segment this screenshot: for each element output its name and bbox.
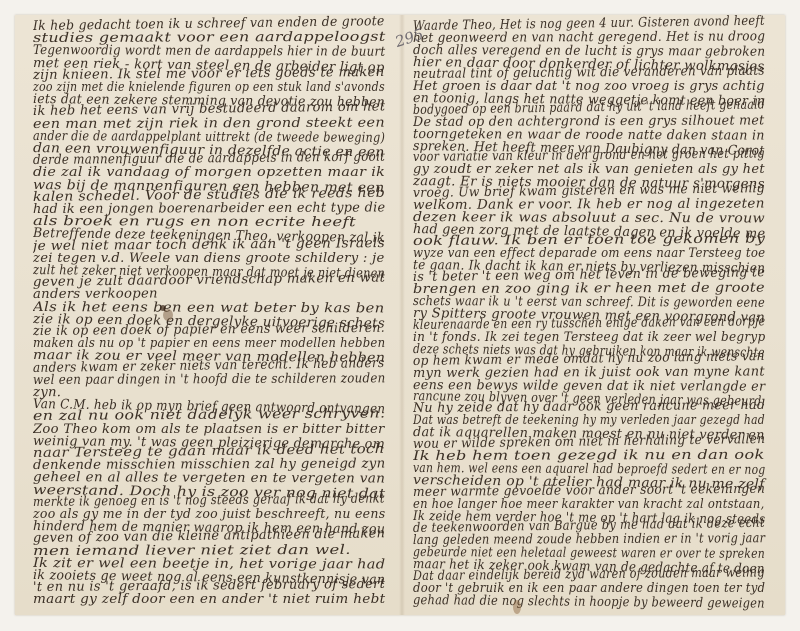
ink-blot — [160, 305, 166, 311]
ink-blot — [163, 309, 173, 321]
handwritten-line: wel een paar dingen in 't hoofd die te s… — [33, 371, 386, 388]
handwritten-line: gehad had die nog slechts in hoopje by b… — [413, 593, 765, 612]
letter-sheet: Ik heb gedacht toen ik u schreef van end… — [15, 15, 785, 615]
right-page: Waarde Theo, Het is nog geen 4 uur. Gist… — [413, 15, 775, 615]
left-page: Ik heb gedacht toen ik u schreef van end… — [33, 15, 395, 615]
paper-stain — [513, 600, 521, 614]
center-fold — [399, 15, 405, 615]
handwritten-line: maart gy zelf door een en ander 't niet … — [33, 592, 385, 607]
